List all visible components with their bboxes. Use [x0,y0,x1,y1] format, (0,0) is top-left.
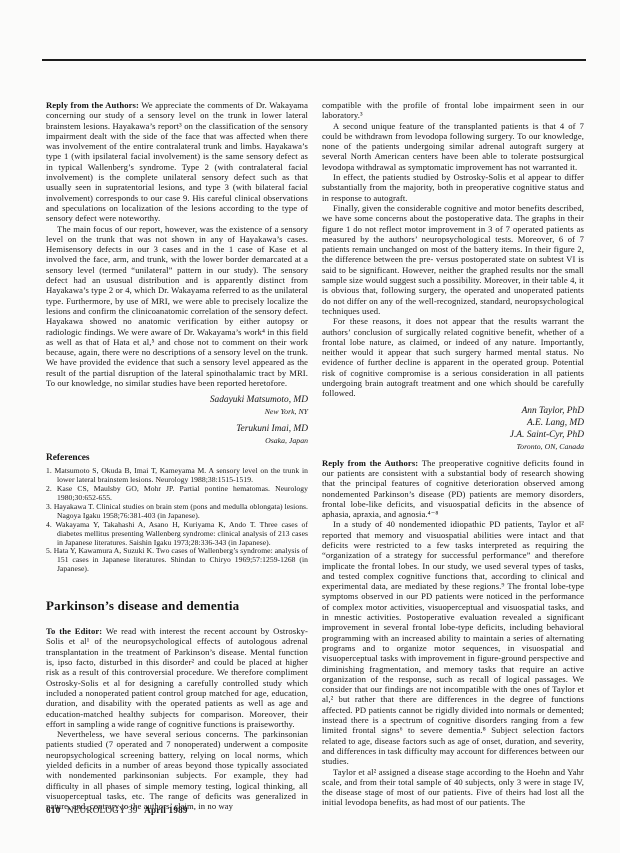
letter-paragraph-with-lead: Reply from the Authors: The preoperative… [322,458,584,520]
signature-name: J.A. Saint-Cyr, PhD [322,429,584,441]
letter-paragraph: In effect, the patients studied by Ostro… [322,172,584,203]
reference-item: 3. Hayakawa T. Clinical studies on brain… [46,503,308,521]
signature-name: Sadayuki Matsumoto, MD [46,394,308,406]
letter-paragraph: For these reasons, it does not appear th… [322,316,584,398]
left-column: Reply from the Authors: We appreciate th… [46,100,308,812]
letter-paragraph: Taylor et al² assigned a disease stage a… [322,767,584,808]
page-footer: 610 NEUROLOGY 39 April 1989 [46,805,192,815]
reference-item: 5. Hata Y, Kawamura A, Suzuki K. Two cas… [46,547,308,574]
signature-block: Sadayuki Matsumoto, MDNew York, NYTeruku… [46,394,308,445]
paragraph-lead: To the Editor: [46,626,102,636]
reference-item: 1. Matsumoto S, Okuda B, Imai T, Kameyam… [46,467,308,485]
letter-paragraph: Finally, given the considerable cognitiv… [322,203,584,316]
top-rule [42,59,586,61]
letter-paragraph: Nevertheless, we have several serious co… [46,729,308,811]
reference-item: 4. Wakayama Y, Takahashi A, Asano H, Kur… [46,521,308,548]
reference-item: 2. Kase CS, Maulsby GO, Mohr JP. Partial… [46,485,308,503]
two-column-layout: Reply from the Authors: We appreciate th… [46,100,584,812]
signature-block: Ann Taylor, PhDA.E. Lang, MDJ.A. Saint-C… [322,405,584,451]
letter-paragraph: In a study of 40 nondemented idiopathic … [322,519,584,766]
section-title: Parkinson’s disease and dementia [46,598,308,614]
signature-place: Osaka, Japan [46,436,308,445]
paragraph-text: We appreciate the comments of Dr. Wakaya… [46,100,308,223]
signature-place: New York, NY [46,407,308,416]
paragraph-text: We read with interest the recent account… [46,626,308,729]
letter-paragraph: The main focus of our report, however, w… [46,224,308,389]
letter-paragraph: A second unique feature of the transplan… [322,121,584,172]
letter-paragraph-with-lead: To the Editor: We read with interest the… [46,626,308,729]
letter-paragraph: compatible with the profile of frontal l… [322,100,584,121]
letter-paragraph-with-lead: Reply from the Authors: We appreciate th… [46,100,308,224]
references-heading: References [46,453,308,463]
signature-name: Ann Taylor, PhD [322,405,584,417]
signature-place: Toronto, ON, Canada [322,442,584,451]
signature-name: A.E. Lang, MD [322,417,584,429]
footer-page-number: 610 [46,805,60,815]
paragraph-lead: Reply from the Authors: [322,458,418,468]
right-column: compatible with the profile of frontal l… [322,100,584,812]
footer-journal: NEUROLOGY 39 [67,805,138,815]
paragraph-lead: Reply from the Authors: [46,100,139,110]
footer-issue: April 1989 [144,805,188,815]
signature-name: Terukuni Imai, MD [46,423,308,435]
